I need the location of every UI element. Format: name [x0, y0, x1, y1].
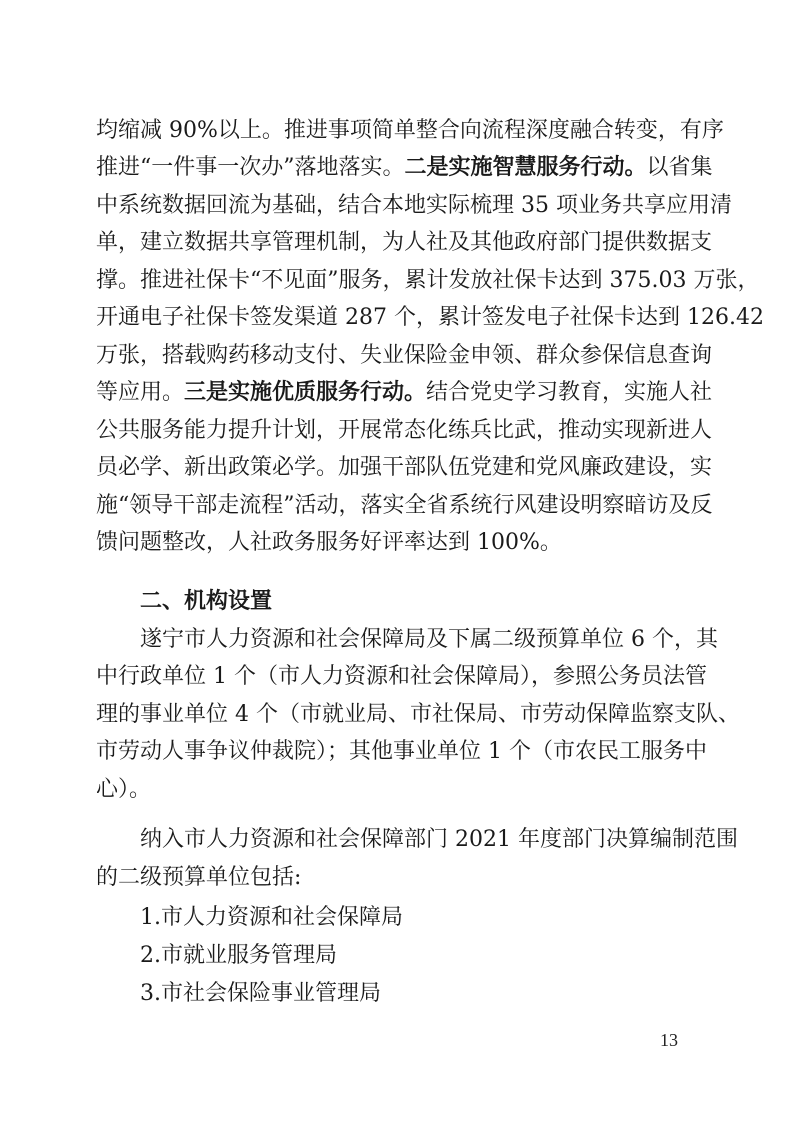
paragraph-line: 遂宁市人力资源和社会保障局及下属二级预算单位 6 个，其: [140, 625, 697, 655]
paragraph-line: 理的事业单位 4 个（市就业局、市社保局、市劳动保障监察支队、: [96, 700, 697, 730]
paragraph-line: 开通电子社保卡签发渠道 287 个，累计签发电子社保卡达到 126.42: [96, 303, 697, 333]
paragraph-line: 馈问题整改，人社政务服务好评率达到 100%。: [96, 528, 697, 558]
text-run: 推进“一件事一次办”落地落实。: [96, 155, 405, 180]
text-run: 以省集: [647, 155, 713, 180]
paragraph-line: 施“领导干部走流程”活动，落实全省系统行风建设明察暗访及反: [96, 491, 697, 521]
paragraph-line: 心）。: [96, 775, 697, 805]
paragraph-line: 市劳动人事争议仲裁院）；其他事业单位 1 个（市农民工服务中: [96, 737, 697, 767]
paragraph-line: 单，建立数据共享管理机制，为人社及其他政府部门提供数据支: [96, 228, 697, 258]
text-run: 等应用。: [96, 380, 184, 405]
paragraph-line: 推进“一件事一次办”落地落实。二是实施智慧服务行动。以省集: [96, 153, 697, 183]
list-item: 1.市人力资源和社会保障局: [140, 903, 697, 933]
paragraph-line: 撑。推进社保卡“不见面”服务，累计发放社保卡达到 375.03 万张，: [96, 266, 697, 296]
paragraph-line: 中行政单位 1 个（市人力资源和社会保障局），参照公务员法管: [96, 662, 697, 692]
bold-lead-phrase: 二是实施智慧服务行动。: [405, 155, 647, 180]
document-page: 均缩减 90%以上。推进事项简单整合向流程深度融合转变，有序 推进“一件事一次办…: [0, 0, 793, 1122]
page-number: 13: [660, 1030, 678, 1051]
paragraph-line: 公共服务能力提升计划，开展常态化练兵比武，推动实现新进人: [96, 416, 697, 446]
paragraph-line: 均缩减 90%以上。推进事项简单整合向流程深度融合转变，有序: [96, 116, 697, 146]
bold-lead-phrase: 三是实施优质服务行动。: [184, 380, 426, 405]
paragraph-line: 等应用。三是实施优质服务行动。结合党史学习教育，实施人社: [96, 378, 697, 408]
paragraph-line: 纳入市人力资源和社会保障部门 2021 年度部门决算编制范围: [140, 825, 697, 855]
list-item: 2.市就业服务管理局: [140, 941, 697, 971]
section-heading: 二、机构设置: [140, 587, 697, 617]
paragraph-line: 中系统数据回流为基础，结合本地实际梳理 35 项业务共享应用清: [96, 191, 697, 221]
paragraph-line: 的二级预算单位包括:: [96, 863, 697, 893]
list-item: 3.市社会保险事业管理局: [140, 979, 697, 1009]
paragraph-line: 万张，搭载购药移动支付、失业保险金申领、群众参保信息查询: [96, 341, 697, 371]
paragraph-line: 员必学、新出政策必学。加强干部队伍党建和党风廉政建设，实: [96, 453, 697, 483]
text-run: 结合党史学习教育，实施人社: [426, 380, 712, 405]
